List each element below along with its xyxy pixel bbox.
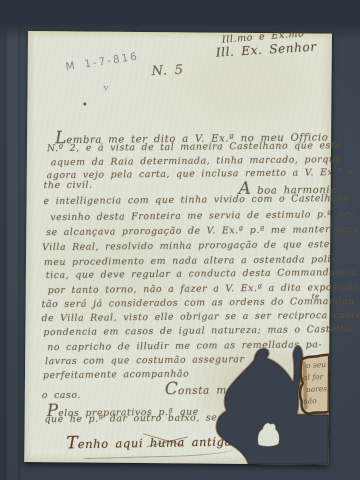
- photograph-backdrop: Ill.mo e Ex.mo Ill. Ex. Senhor M 1-7-816…: [0, 0, 360, 480]
- fragment-text: o seu: [306, 360, 326, 370]
- fragment-text: uares: [306, 384, 328, 394]
- fragment-text: são: [304, 396, 317, 406]
- manuscript-letter-page: Ill.mo e Ex.mo Ill. Ex. Senhor M 1-7-816…: [24, 31, 332, 465]
- fragment-text: al for: [303, 372, 324, 382]
- burn-damage-overlay: [24, 31, 332, 465]
